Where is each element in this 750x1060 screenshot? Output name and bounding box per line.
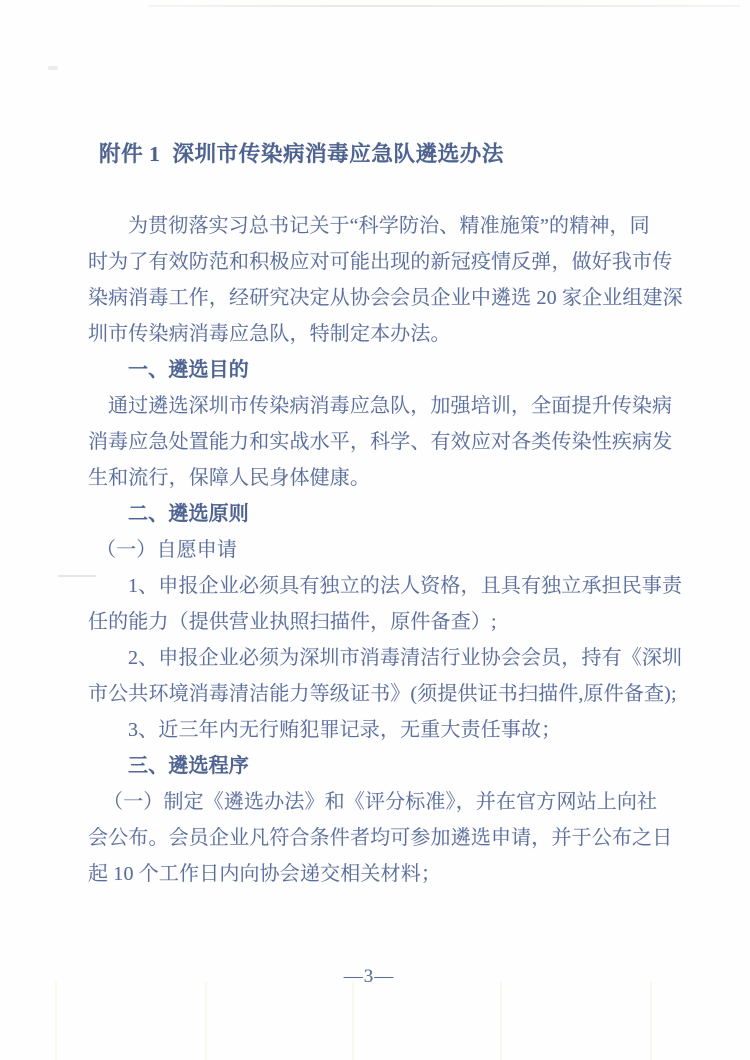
text-line: 时为了有效防范和积极应对可能出现的新冠疫情反弹，做好我市传 [88,244,708,280]
text-line: （一）自愿申请 [88,532,708,568]
text-line: 起 10 个工作日内向协会递交相关材料； [88,856,708,892]
document-body: 为贯彻落实习总书记关于“科学防治、精准施策”的精神，同时为了有效防范和积极应对可… [88,208,708,892]
section-heading: 二、遴选原则 [88,496,708,532]
text-line: 市公共环境消毒清洁能力等级证书》(须提供证书扫描件,原件备查); [88,676,708,712]
scan-artifact-streak [352,982,354,1060]
scan-artifact-smudge [48,66,58,70]
text-line: 1、申报企业必须具有独立的法人资格，且具有独立承担民事责 [88,568,708,604]
text-line: 为贯彻落实习总书记关于“科学防治、精准施策”的精神，同 [88,208,708,244]
section-heading: 一、遴选目的 [88,352,708,388]
page-number: —3— [0,964,738,990]
attachment-title: 附件 1 深圳市传染病消毒应急队遴选办法 [99,137,504,168]
text-line: 通过遴选深圳市传染病消毒应急队，加强培训，全面提升传染病 [88,388,708,424]
text-line: 3、近三年内无行贿犯罪记录，无重大责任事故； [88,712,708,748]
scan-artifact-streak [55,982,57,1060]
text-line: 染病消毒工作，经研究决定从协会会员企业中遴选 20 家企业组建深 [88,280,708,316]
scan-artifact-top-edge [148,5,740,7]
text-line: 圳市传染病消毒应急队，特制定本办法。 [88,316,708,352]
text-line: （一）制定《遴选办法》和《评分标准》，并在官方网站上向社 [88,784,708,820]
text-line: 任的能力（提供营业执照扫描件，原件备查）; [88,604,708,640]
text-line: 会公布。会员企业凡符合条件者均可参加遴选申请，并于公布之日 [88,820,708,856]
text-line: 生和流行，保障人民身体健康。 [88,460,708,496]
scan-artifact-streak [205,982,207,1060]
scan-artifact-streak [500,982,502,1060]
scan-artifact-streak [650,982,652,1060]
text-line: 2、申报企业必须为深圳市消毒清洁行业协会会员，持有《深圳 [88,640,708,676]
scanned-page: 附件 1 深圳市传染病消毒应急队遴选办法 为贯彻落实习总书记关于“科学防治、精准… [0,0,750,1060]
text-line: 消毒应急处置能力和实战水平，科学、有效应对各类传染性疾病发 [88,424,708,460]
section-heading: 三、遴选程序 [88,748,708,784]
